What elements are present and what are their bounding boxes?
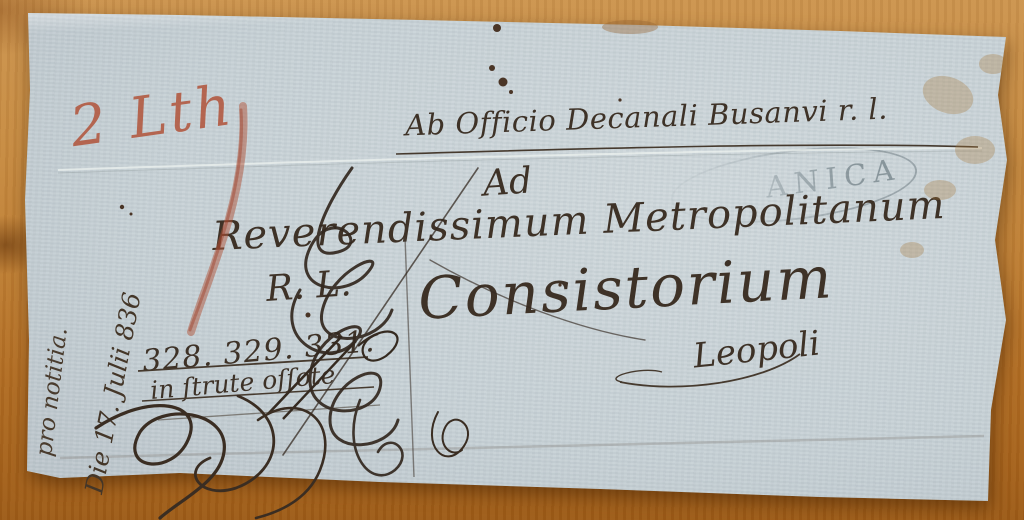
photo-scene: ANICA 2 Lth Ab Officio Decanali Busanvi … [0, 0, 1024, 520]
addressee-prefix: R. L. [265, 263, 353, 310]
direction-word: Ad [482, 160, 534, 204]
